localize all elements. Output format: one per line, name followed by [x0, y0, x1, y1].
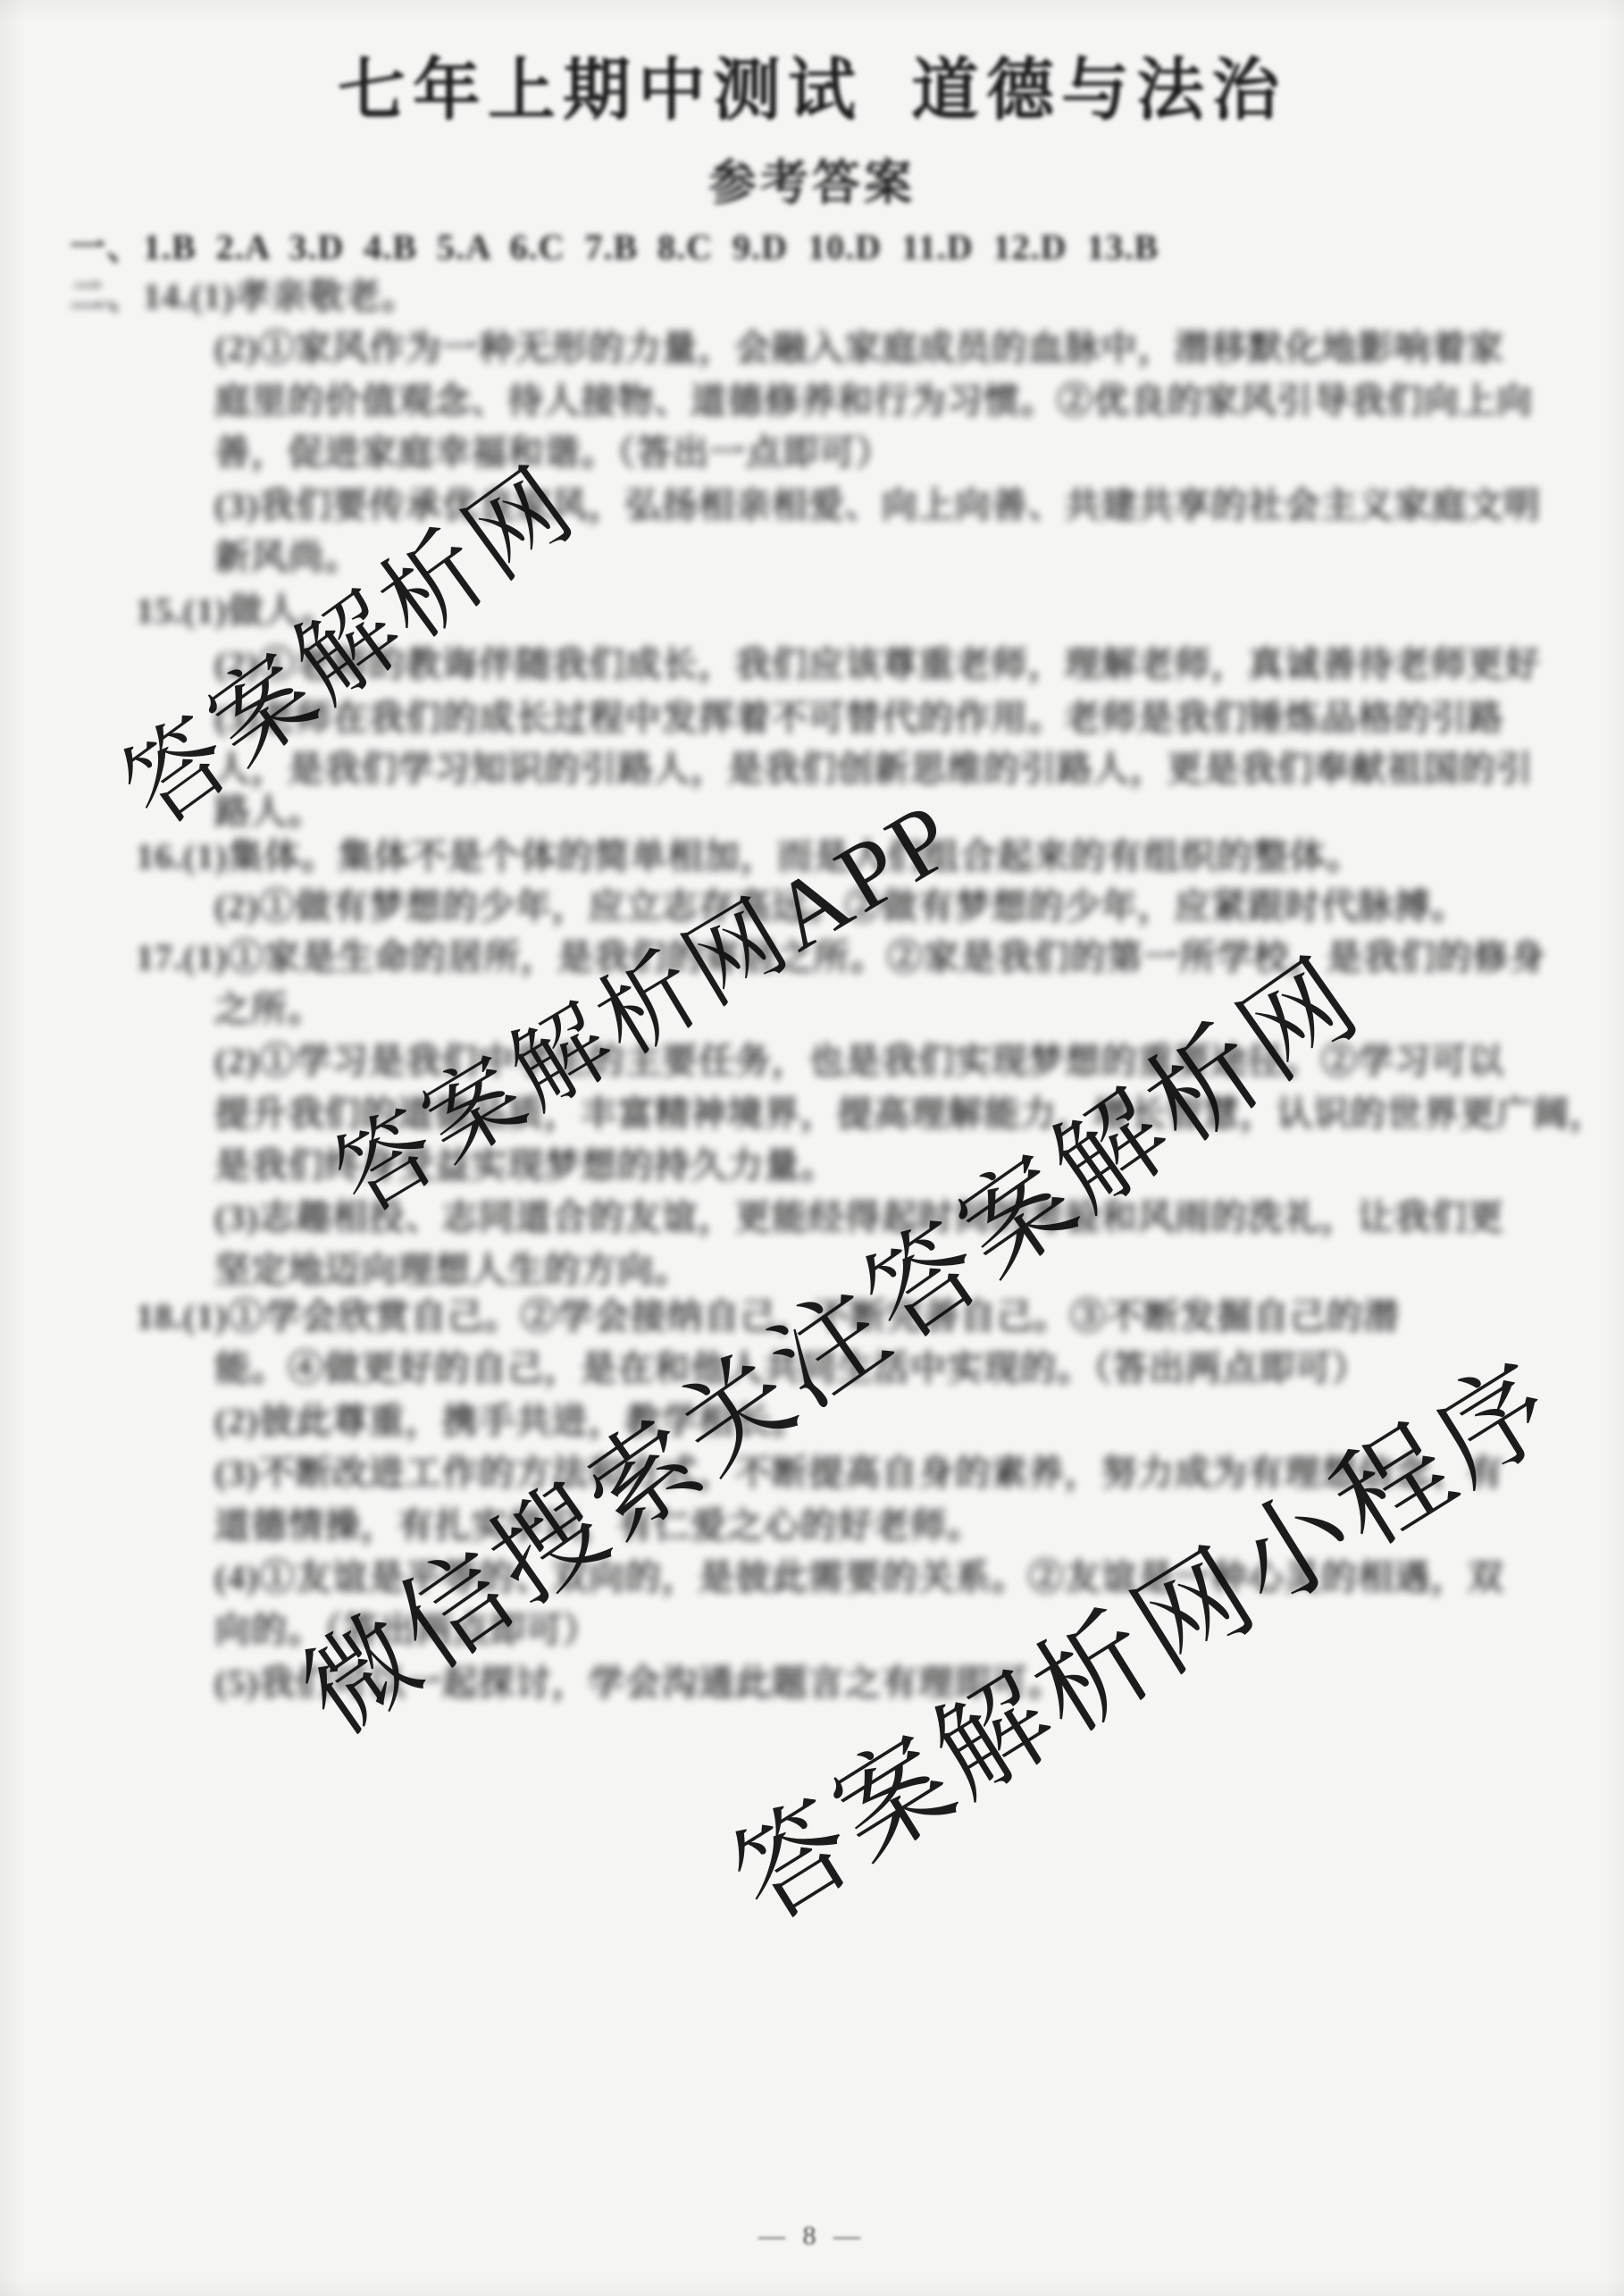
body-line: (3)老师在我们的成长过程中发挥着不可替代的作用。老师是我们锤炼品格的引路: [214, 692, 1504, 744]
body-line: 之所。: [214, 984, 324, 1035]
page-title: 七年上期中测试 道德与法治: [0, 36, 1624, 133]
body-line: 善，促进家庭幸福和谐。（答出一点即可）: [214, 427, 892, 479]
body-line: (2)①家风作为一种无形的力量，会融入家庭成员的血脉中，潜移默化地影响着家: [214, 323, 1504, 374]
scanned-answer-sheet-page: 七年上期中测试 道德与法治 参考答案 一、1.B 2.A 3.D 4.B 5.A…: [0, 0, 1624, 2296]
multiple-choice-answer-line: 一、1.B 2.A 3.D 4.B 5.A 6.C 7.B 8.C 9.D 10…: [70, 219, 1159, 270]
page-subtitle: 参考答案: [0, 145, 1624, 214]
body-line: 庭里的价值观念、待人接物、道德修养和行为习惯。②优良的家风引导我们向上向: [214, 375, 1533, 427]
body-line: 坚定地迈向理想人生的方向。: [214, 1244, 691, 1296]
body-line: 二、14.(1)孝亲敬老。: [70, 271, 418, 323]
page-number: — 8 —: [0, 2221, 1624, 2251]
